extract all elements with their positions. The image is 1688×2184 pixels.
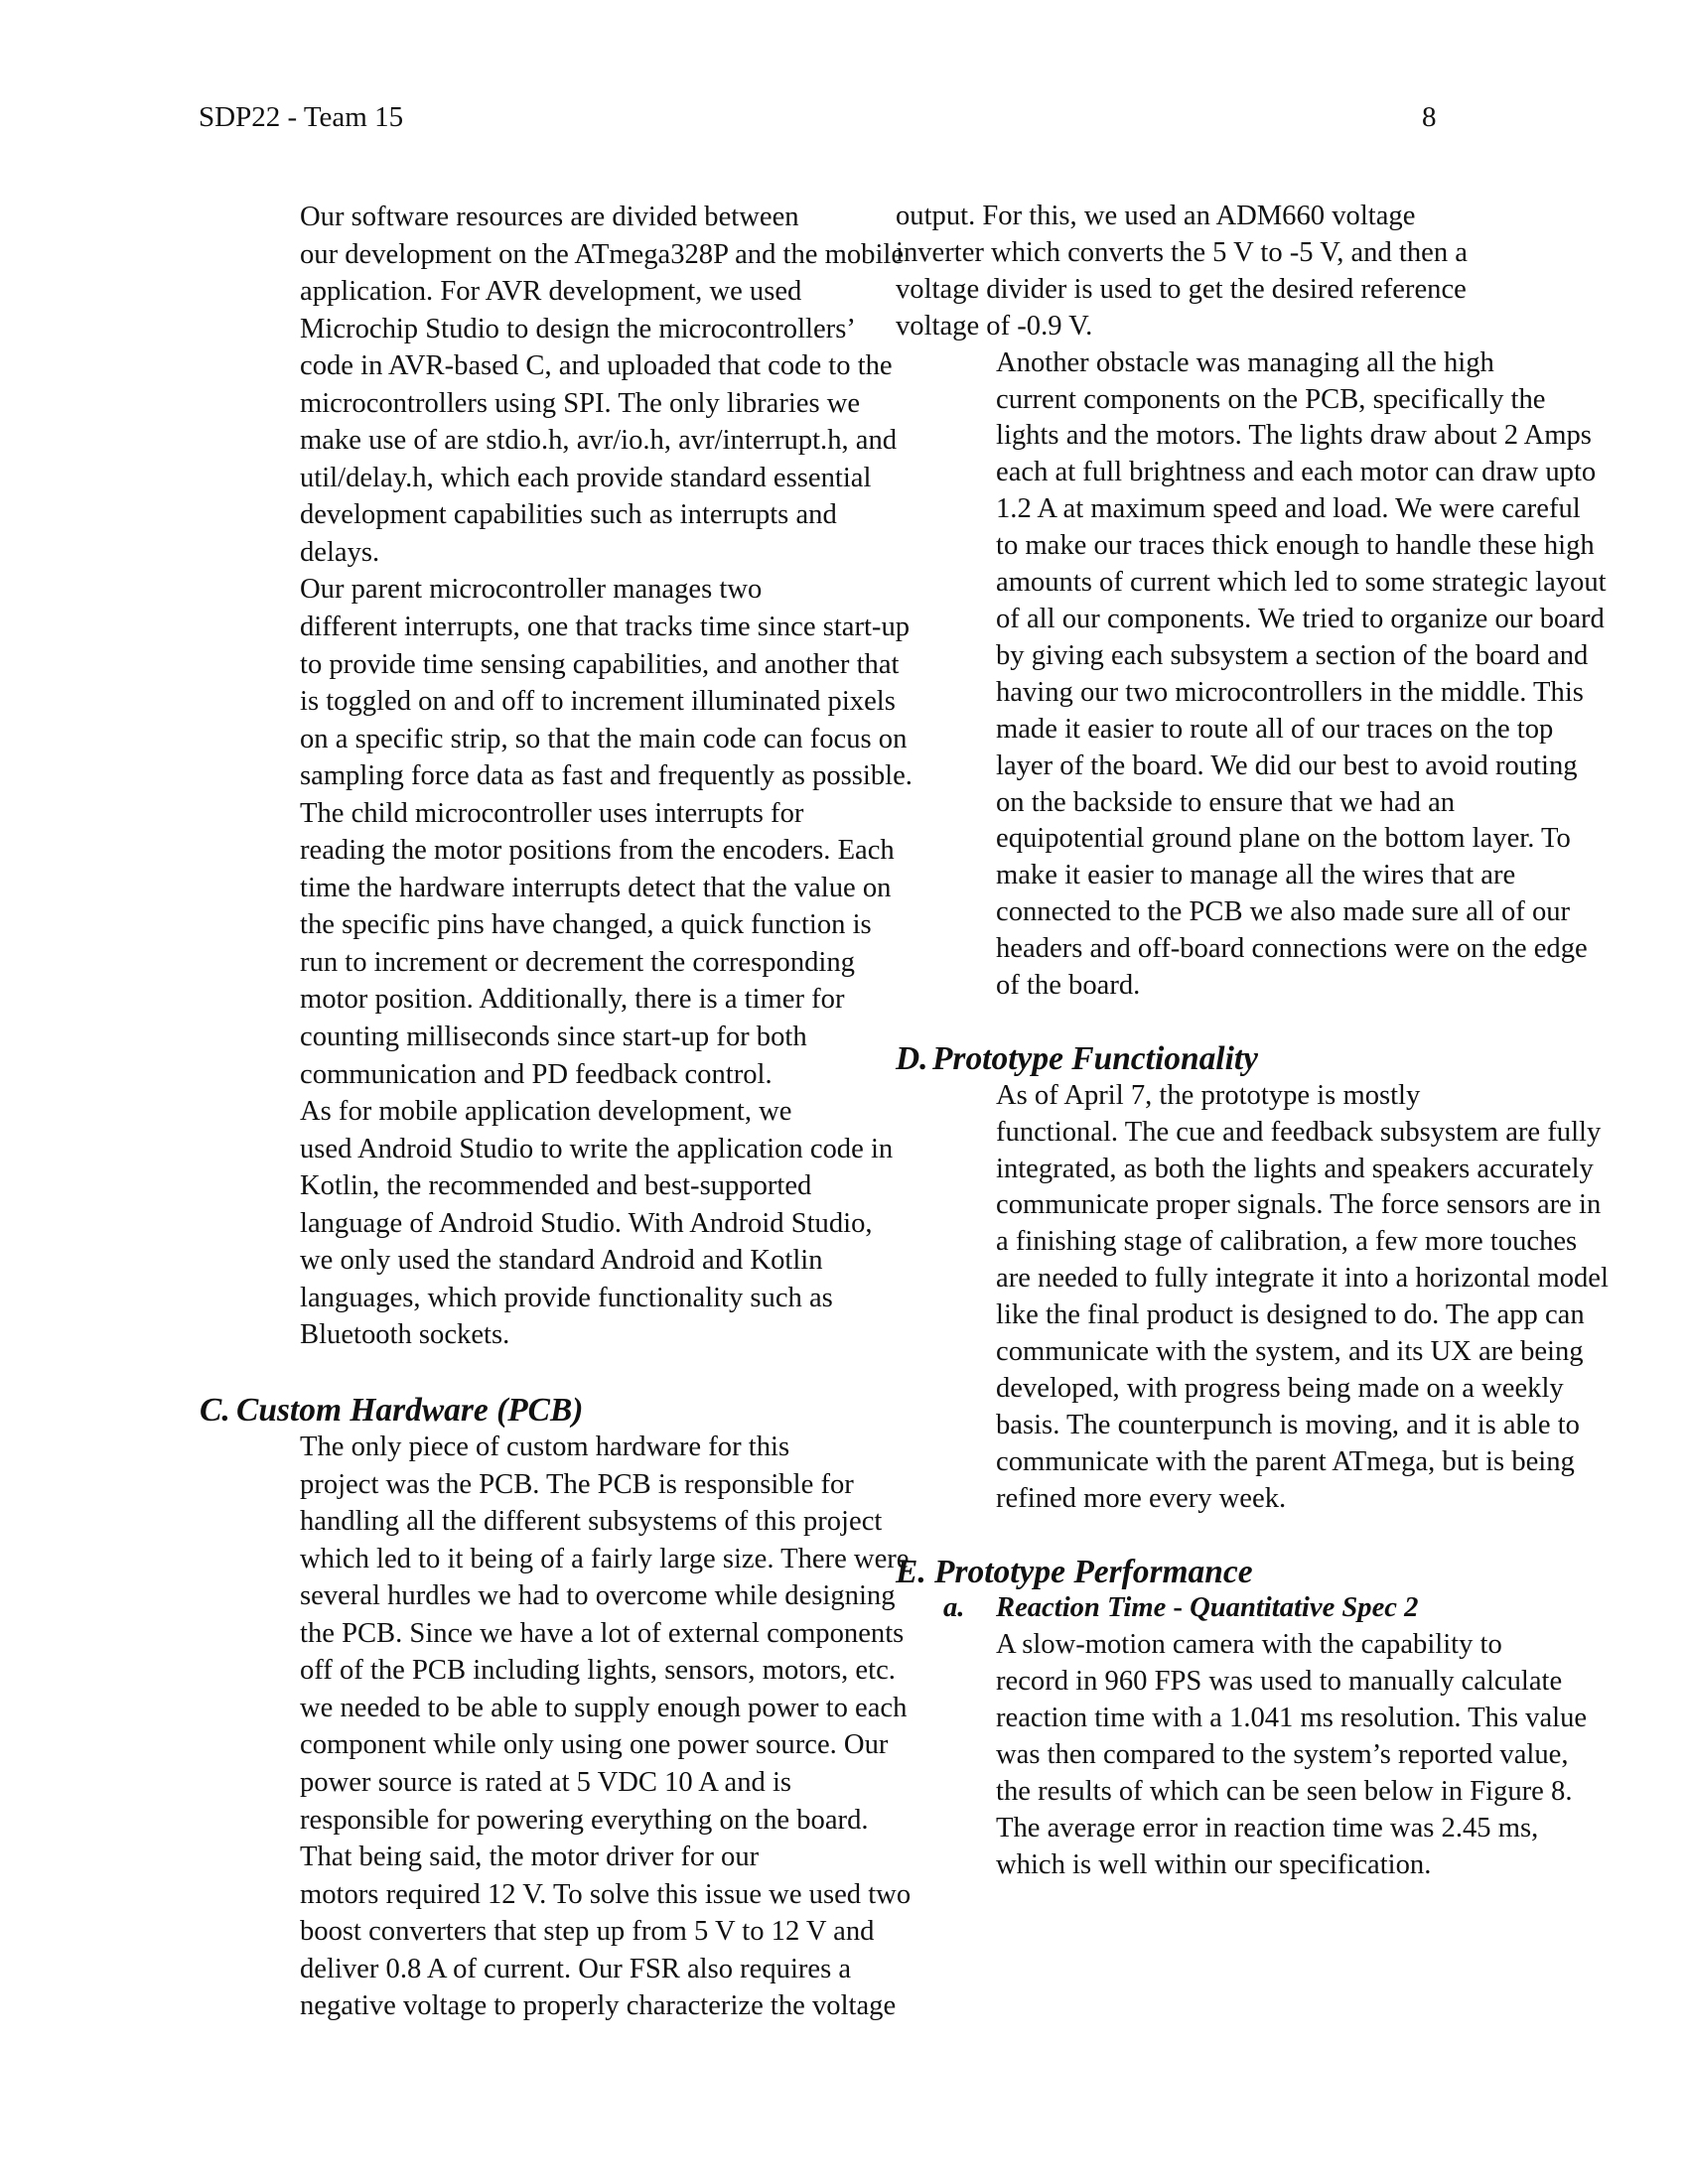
text-line: voltage divider is used to get the desir… [896, 272, 1491, 309]
subsection-letter: a. [943, 1590, 996, 1627]
text-line: off of the PCB including lights, sensors… [200, 1652, 795, 1690]
text-line: integrated, as both the lights and speak… [896, 1152, 1491, 1188]
paragraph-reaction-time: A slow-motion camera with the capability… [896, 1627, 1491, 1883]
text-line: handling all the different subsystems of… [200, 1503, 795, 1541]
text-line: record in 960 FPS was used to manually c… [896, 1664, 1491, 1701]
text-line: we needed to be able to supply enough po… [200, 1690, 795, 1727]
text-line: responsible for powering everything on t… [200, 1802, 795, 1840]
text-line: communication and PD feedback control. [200, 1056, 795, 1094]
text-line: Another obstacle was managing all the hi… [896, 345, 1491, 382]
text-line: which is well within our specification. [896, 1847, 1491, 1884]
section-title: E. Prototype Performance [896, 1554, 1253, 1590]
text-line: inverter which converts the 5 V to -5 V,… [896, 235, 1491, 272]
text-line: lights and the motors. The lights draw a… [896, 418, 1491, 455]
text-line: to make our traces thick enough to handl… [896, 528, 1491, 565]
text-line: Microchip Studio to design the microcont… [200, 311, 795, 348]
text-line: to provide time sensing capabilities, an… [200, 646, 795, 684]
text-line: application. For AVR development, we use… [200, 273, 795, 311]
text-line: of the board. [896, 968, 1491, 1005]
text-line: amounts of current which led to some str… [896, 565, 1491, 602]
text-line: power source is rated at 5 VDC 10 A and … [200, 1764, 795, 1802]
text-line: headers and off-board connections were o… [896, 931, 1491, 968]
spacer [896, 1518, 1491, 1555]
section-letter: C. [200, 1392, 236, 1430]
text-line: we only used the standard Android and Ko… [200, 1242, 795, 1280]
subsection-separator: - [1166, 1592, 1190, 1623]
text-line: boost converters that step up from 5 V t… [200, 1913, 795, 1951]
text-line: Bluetooth sockets. [200, 1316, 795, 1354]
subsection-title-part1: Reaction Time [996, 1592, 1166, 1623]
text-line: communicate with the parent ATmega, but … [896, 1444, 1491, 1481]
text-line: functional. The cue and feedback subsyst… [896, 1115, 1491, 1152]
section-letter: D. [896, 1041, 932, 1078]
text-line: Our software resources are divided betwe… [200, 199, 795, 236]
text-line: Our parent microcontroller manages two [200, 571, 795, 609]
paragraph-high-current: Another obstacle was managing all the hi… [896, 345, 1491, 1005]
text-line: reaction time with a 1.041 ms resolution… [896, 1701, 1491, 1737]
text-line: run to increment or decrement the corres… [200, 944, 795, 982]
text-line: of all our components. We tried to organ… [896, 602, 1491, 638]
text-line: A slow-motion camera with the capability… [896, 1627, 1491, 1664]
text-line: like the final product is designed to do… [896, 1297, 1491, 1334]
text-line: several hurdles we had to overcome while… [200, 1577, 795, 1615]
text-line: each at full brightness and each motor c… [896, 455, 1491, 491]
section-title: Prototype Functionality [932, 1040, 1258, 1077]
text-line: languages, which provide functionality s… [200, 1280, 795, 1317]
text-line: As for mobile application development, w… [200, 1093, 795, 1131]
text-line: different interrupts, one that tracks ti… [200, 609, 795, 646]
text-line: development capabilities such as interru… [200, 496, 795, 534]
paragraph-voltage-inverter: output. For this, we used an ADM660 volt… [896, 199, 1491, 345]
text-line: voltage of -0.9 V. [896, 309, 1491, 345]
text-line: As of April 7, the prototype is mostly [896, 1078, 1491, 1115]
text-line: delays. [200, 534, 795, 572]
text-line: are needed to fully integrate it into a … [896, 1261, 1491, 1297]
paragraph-software-resources: Our software resources are divided betwe… [200, 199, 795, 571]
text-line: on a specific strip, so that the main co… [200, 721, 795, 758]
text-line: which led to it being of a fairly large … [200, 1541, 795, 1578]
paragraph-mobile-development: As for mobile application development, w… [200, 1093, 795, 1354]
paragraph-child-microcontroller: The child microcontroller uses interrupt… [200, 795, 795, 1093]
text-line: made it easier to route all of our trace… [896, 712, 1491, 749]
right-column: output. For this, we used an ADM660 volt… [896, 199, 1491, 1884]
text-line: equipotential ground plane on the bottom… [896, 821, 1491, 858]
section-heading-custom-hardware: C.Custom Hardware (PCB) [200, 1392, 795, 1430]
text-line: a finishing stage of calibration, a few … [896, 1224, 1491, 1261]
spacer [896, 1005, 1491, 1041]
text-line: used Android Studio to write the applica… [200, 1131, 795, 1168]
section-heading-prototype-performance: E. Prototype Performance [896, 1555, 1491, 1591]
text-line: counting milliseconds since start-up for… [200, 1019, 795, 1056]
paragraph-functionality: As of April 7, the prototype is mostlyfu… [896, 1078, 1491, 1518]
text-line: motors required 12 V. To solve this issu… [200, 1876, 795, 1914]
text-line: current components on the PCB, specifica… [896, 382, 1491, 419]
text-line: language of Android Studio. With Android… [200, 1205, 795, 1243]
page-number: 8 [1422, 99, 1437, 135]
text-line: output. For this, we used an ADM660 volt… [896, 199, 1491, 235]
text-line: communicate with the system, and its UX … [896, 1334, 1491, 1371]
text-line: having our two microcontrollers in the m… [896, 675, 1491, 712]
paragraph-motor-driver: That being said, the motor driver for ou… [200, 1839, 795, 2025]
text-line: 1.2 A at maximum speed and load. We were… [896, 491, 1491, 528]
text-line: microcontrollers using SPI. The only lib… [200, 385, 795, 423]
text-line: project was the PCB. The PCB is responsi… [200, 1466, 795, 1504]
text-line: connected to the PCB we also made sure a… [896, 894, 1491, 931]
subsection-heading-reaction-time: a.Reaction Time - Quantitative Spec 2 [896, 1590, 1491, 1627]
paragraph-pcb: The only piece of custom hardware for th… [200, 1429, 795, 1839]
section-heading-prototype-functionality: D.Prototype Functionality [896, 1041, 1491, 1078]
text-line: by giving each subsystem a section of th… [896, 638, 1491, 675]
text-line: The child microcontroller uses interrupt… [200, 795, 795, 833]
text-line: negative voltage to properly characteriz… [200, 1987, 795, 2025]
text-line: layer of the board. We did our best to a… [896, 749, 1491, 785]
text-line: the PCB. Since we have a lot of external… [200, 1615, 795, 1653]
text-line: component while only using one power sou… [200, 1726, 795, 1764]
paragraph-parent-microcontroller: Our parent microcontroller manages twodi… [200, 571, 795, 794]
text-line: refined more every week. [896, 1481, 1491, 1518]
text-line: That being said, the motor driver for ou… [200, 1839, 795, 1876]
text-line: developed, with progress being made on a… [896, 1371, 1491, 1408]
text-line: time the hardware interrupts detect that… [200, 870, 795, 907]
text-line: was then compared to the system’s report… [896, 1737, 1491, 1774]
subsection-title-part2: Quantitative Spec 2 [1190, 1592, 1418, 1623]
text-line: util/delay.h, which each provide standar… [200, 460, 795, 497]
text-line: reading the motor positions from the enc… [200, 832, 795, 870]
text-line: sampling force data as fast and frequent… [200, 757, 795, 795]
text-line: our development on the ATmega328P and th… [200, 236, 795, 274]
text-line: motor position. Additionally, there is a… [200, 981, 795, 1019]
text-line: The only piece of custom hardware for th… [200, 1429, 795, 1466]
text-line: make use of are stdio.h, avr/io.h, avr/i… [200, 422, 795, 460]
running-header-title: SDP22 - Team 15 [199, 99, 403, 135]
text-line: communicate proper signals. The force se… [896, 1187, 1491, 1224]
text-line: code in AVR-based C, and uploaded that c… [200, 347, 795, 385]
text-line: is toggled on and off to increment illum… [200, 683, 795, 721]
text-line: on the backside to ensure that we had an [896, 785, 1491, 822]
text-line: the specific pins have changed, a quick … [200, 906, 795, 944]
text-line: deliver 0.8 A of current. Our FSR also r… [200, 1951, 795, 1988]
text-line: the results of which can be seen below i… [896, 1774, 1491, 1811]
text-line: The average error in reaction time was 2… [896, 1811, 1491, 1847]
text-line: basis. The counterpunch is moving, and i… [896, 1408, 1491, 1444]
left-column: Our software resources are divided betwe… [200, 199, 795, 2025]
section-title: Custom Hardware (PCB) [236, 1392, 583, 1429]
spacer [200, 1354, 795, 1392]
text-line: Kotlin, the recommended and best-support… [200, 1167, 795, 1205]
text-line: make it easier to manage all the wires t… [896, 858, 1491, 894]
